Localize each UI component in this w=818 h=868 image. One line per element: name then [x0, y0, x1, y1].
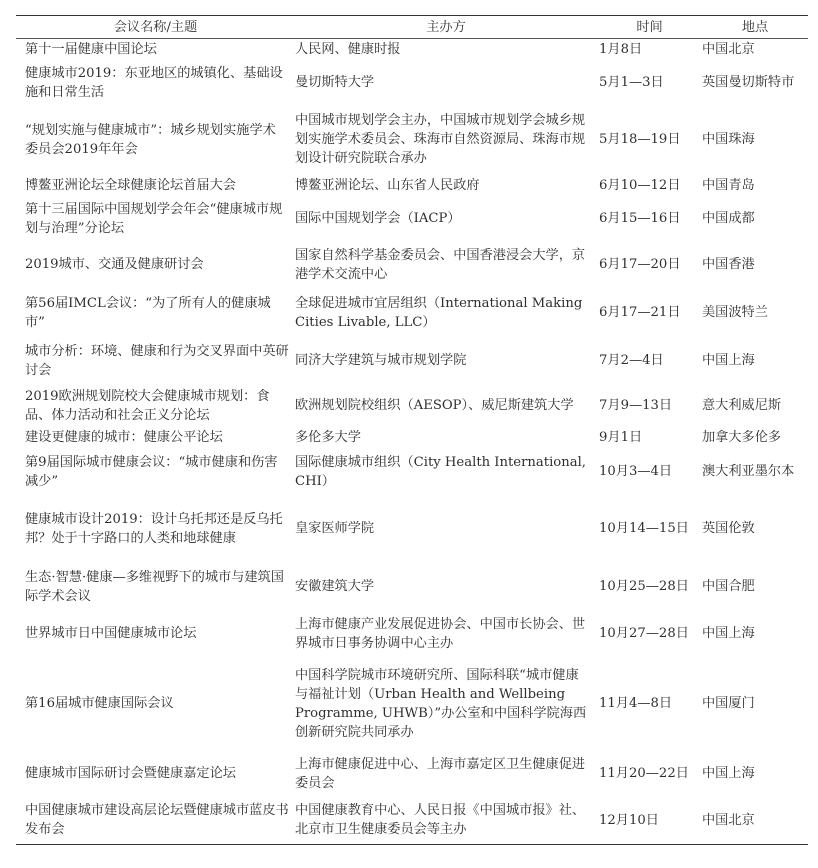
- cell-location: 中国北京: [702, 797, 808, 845]
- cell-organizer: 中国城市规划学会主办，中国城市规划学会城乡规划实施学术委员会、珠海市自然资源局、…: [295, 105, 597, 175]
- cell-location: 中国上海: [702, 611, 808, 657]
- cell-location: 中国合肥: [702, 563, 808, 611]
- table-header-row: 会议名称/主题 主办方 时间 地点: [16, 16, 808, 39]
- cell-name: 世界城市日中国健康城市论坛: [16, 611, 295, 657]
- cell-name: 第16届城市健康国际会议: [16, 657, 295, 751]
- cell-name: 第56届IMCL会议：“为了所有人的健康城市”: [16, 289, 295, 337]
- cell-time: 10月25—28日: [597, 563, 702, 611]
- cell-time: 5月1—3日: [597, 61, 702, 105]
- header-time: 时间: [597, 16, 702, 39]
- table-row: 2019欧洲规划院校大会健康城市规划：食品、体力活动和社会正义分论坛欧洲规划院校…: [16, 385, 808, 427]
- cell-location: 英国曼切斯特市: [702, 61, 808, 105]
- cell-time: 6月15—16日: [597, 197, 702, 241]
- header-name: 会议名称/主题: [16, 16, 295, 39]
- cell-organizer: 同济大学建筑与城市规划学院: [295, 337, 597, 385]
- cell-location: 中国北京: [702, 39, 808, 61]
- cell-organizer: 上海市健康产业发展促进协会、中国市长协会、世界城市日事务协调中心主办: [295, 611, 597, 657]
- conference-table: 会议名称/主题 主办方 时间 地点 第十一届健康中国论坛人民网、健康时报1月8日…: [16, 15, 808, 845]
- cell-time: 7月9—13日: [597, 385, 702, 427]
- cell-time: 5月18—19日: [597, 105, 702, 175]
- cell-location: 中国厦门: [702, 657, 808, 751]
- cell-name: 博鳌亚洲论坛全球健康论坛首届大会: [16, 175, 295, 197]
- table-row: 生态·智慧·健康—多维视野下的城市与建筑国际学术会议安徽建筑大学10月25—28…: [16, 563, 808, 611]
- cell-time: 6月17—21日: [597, 289, 702, 337]
- cell-organizer: 中国健康教育中心、人民日报《中国城市报》社、北京市卫生健康委员会等主办: [295, 797, 597, 845]
- cell-name: 健康城市2019：东亚地区的城镇化、基础设施和日常生活: [16, 61, 295, 105]
- cell-time: 11月20—22日: [597, 751, 702, 797]
- table-row: 中国健康城市建设高层论坛暨健康城市蓝皮书发布会中国健康教育中心、人民日报《中国城…: [16, 797, 808, 845]
- cell-name: 2019城市、交通及健康研讨会: [16, 241, 295, 289]
- cell-organizer: 国家自然科学基金委员会、中国香港浸会大学，京港学术交流中心: [295, 241, 597, 289]
- cell-organizer: 人民网、健康时报: [295, 39, 597, 61]
- cell-location: 中国上海: [702, 337, 808, 385]
- cell-location: 中国青岛: [702, 175, 808, 197]
- table-body: 第十一届健康中国论坛人民网、健康时报1月8日中国北京健康城市2019：东亚地区的…: [16, 39, 808, 845]
- cell-location: 澳大利亚墨尔本: [702, 449, 808, 495]
- cell-organizer: 欧洲规划院校组织（AESOP）、威尼斯建筑大学: [295, 385, 597, 427]
- cell-time: 10月14—15日: [597, 495, 702, 563]
- table-row: 第9届国际城市健康会议：“城市健康和伤害减少”国际健康城市组织（City Hea…: [16, 449, 808, 495]
- cell-organizer: 全球促进城市宜居组织（International Making Cities L…: [295, 289, 597, 337]
- cell-name: 建设更健康的城市：健康公平论坛: [16, 427, 295, 449]
- cell-location: 中国成都: [702, 197, 808, 241]
- cell-organizer: 国际健康城市组织（City Health International, CHI）: [295, 449, 597, 495]
- cell-name: 生态·智慧·健康—多维视野下的城市与建筑国际学术会议: [16, 563, 295, 611]
- cell-organizer: 皇家医师学院: [295, 495, 597, 563]
- table-row: “规划实施与健康城市”：城乡规划实施学术委员会2019年年会中国城市规划学会主办…: [16, 105, 808, 175]
- cell-name: “规划实施与健康城市”：城乡规划实施学术委员会2019年年会: [16, 105, 295, 175]
- cell-organizer: 中国科学院城市环境研究所、国际科联“城市健康与福祉计划（Urban Health…: [295, 657, 597, 751]
- cell-name: 第9届国际城市健康会议：“城市健康和伤害减少”: [16, 449, 295, 495]
- cell-time: 11月4—8日: [597, 657, 702, 751]
- header-organizer: 主办方: [295, 16, 597, 39]
- table-row: 健康城市国际研讨会暨健康嘉定论坛上海市健康促进中心、上海市嘉定区卫生健康促进委员…: [16, 751, 808, 797]
- header-location: 地点: [702, 16, 808, 39]
- cell-organizer: 上海市健康促进中心、上海市嘉定区卫生健康促进委员会: [295, 751, 597, 797]
- cell-name: 第十三届国际中国规划学会年会“健康城市规划与治理”分论坛: [16, 197, 295, 241]
- cell-time: 9月1日: [597, 427, 702, 449]
- cell-location: 中国珠海: [702, 105, 808, 175]
- cell-time: 6月10—12日: [597, 175, 702, 197]
- cell-name: 健康城市国际研讨会暨健康嘉定论坛: [16, 751, 295, 797]
- cell-name: 中国健康城市建设高层论坛暨健康城市蓝皮书发布会: [16, 797, 295, 845]
- conference-table-container: 会议名称/主题 主办方 时间 地点 第十一届健康中国论坛人民网、健康时报1月8日…: [16, 15, 808, 845]
- cell-name: 2019欧洲规划院校大会健康城市规划：食品、体力活动和社会正义分论坛: [16, 385, 295, 427]
- cell-location: 中国上海: [702, 751, 808, 797]
- table-row: 健康城市2019：东亚地区的城镇化、基础设施和日常生活曼切斯特大学5月1—3日英…: [16, 61, 808, 105]
- cell-location: 意大利威尼斯: [702, 385, 808, 427]
- cell-organizer: 安徽建筑大学: [295, 563, 597, 611]
- cell-time: 1月8日: [597, 39, 702, 61]
- table-row: 第十一届健康中国论坛人民网、健康时报1月8日中国北京: [16, 39, 808, 61]
- cell-name: 健康城市设计2019：设计乌托邦还是反乌托邦？处于十字路口的人类和地球健康: [16, 495, 295, 563]
- table-row: 博鳌亚洲论坛全球健康论坛首届大会博鳌亚洲论坛、山东省人民政府6月10—12日中国…: [16, 175, 808, 197]
- cell-name: 城市分析：环境、健康和行为交叉界面中英研讨会: [16, 337, 295, 385]
- cell-location: 英国伦敦: [702, 495, 808, 563]
- table-row: 第十三届国际中国规划学会年会“健康城市规划与治理”分论坛国际中国规划学会（IAC…: [16, 197, 808, 241]
- cell-time: 10月3—4日: [597, 449, 702, 495]
- table-row: 健康城市设计2019：设计乌托邦还是反乌托邦？处于十字路口的人类和地球健康皇家医…: [16, 495, 808, 563]
- table-row: 第16届城市健康国际会议中国科学院城市环境研究所、国际科联“城市健康与福祉计划（…: [16, 657, 808, 751]
- cell-organizer: 国际中国规划学会（IACP）: [295, 197, 597, 241]
- cell-location: 中国香港: [702, 241, 808, 289]
- cell-time: 10月27—28日: [597, 611, 702, 657]
- table-row: 城市分析：环境、健康和行为交叉界面中英研讨会同济大学建筑与城市规划学院7月2—4…: [16, 337, 808, 385]
- cell-time: 7月2—4日: [597, 337, 702, 385]
- cell-organizer: 曼切斯特大学: [295, 61, 597, 105]
- table-row: 2019城市、交通及健康研讨会国家自然科学基金委员会、中国香港浸会大学，京港学术…: [16, 241, 808, 289]
- cell-location: 美国波特兰: [702, 289, 808, 337]
- cell-time: 6月17—20日: [597, 241, 702, 289]
- table-row: 第56届IMCL会议：“为了所有人的健康城市”全球促进城市宜居组织（Intern…: [16, 289, 808, 337]
- cell-location: 加拿大多伦多: [702, 427, 808, 449]
- table-row: 世界城市日中国健康城市论坛上海市健康产业发展促进协会、中国市长协会、世界城市日事…: [16, 611, 808, 657]
- cell-name: 第十一届健康中国论坛: [16, 39, 295, 61]
- cell-organizer: 博鳌亚洲论坛、山东省人民政府: [295, 175, 597, 197]
- table-row: 建设更健康的城市：健康公平论坛多伦多大学9月1日加拿大多伦多: [16, 427, 808, 449]
- cell-time: 12月10日: [597, 797, 702, 845]
- cell-organizer: 多伦多大学: [295, 427, 597, 449]
